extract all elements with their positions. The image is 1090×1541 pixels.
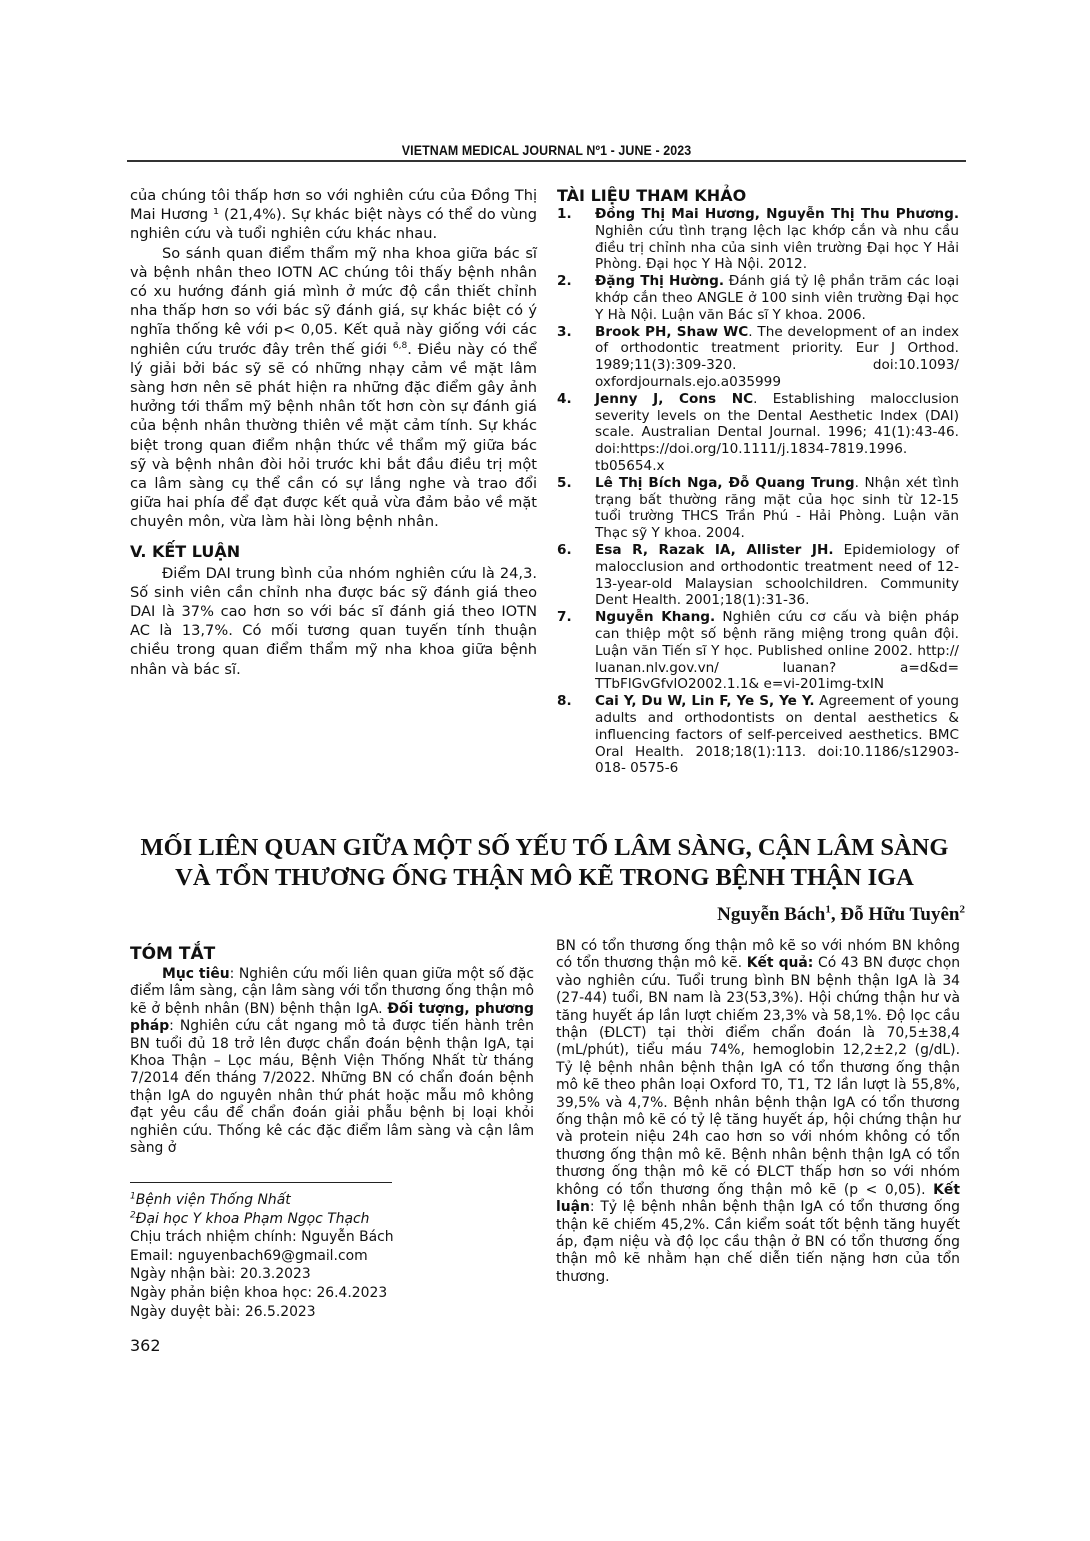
conclusion-paragraph: Điểm DAI trung bình của nhóm nghiên cứu …: [130, 564, 537, 679]
reference-item: 4.Jenny J, Cons NC. Establishing maloccl…: [557, 391, 959, 475]
reference-item: 2.Đặng Thị Hường. Đánh giá tỷ lệ phần tr…: [557, 273, 959, 323]
affiliation-2: 2Đại học Y khoa Phạm Ngọc Thạch: [130, 1210, 394, 1229]
abstract-heading: TÓM TẮT: [130, 943, 534, 965]
conclusion-heading: V. KẾT LUẬN: [130, 542, 537, 562]
discussion-paragraph-2: So sánh quan điểm thẩm mỹ nha khoa giữa …: [130, 244, 537, 532]
page-number: 362: [130, 1336, 161, 1355]
article-authors: Nguyễn Bách1, Đỗ Hữu Tuyên2: [717, 904, 965, 926]
citation-superscript: 6,8: [393, 341, 407, 351]
references-section: TÀI LIỆU THAM KHẢO 1.Đồng Thị Mai Hương,…: [557, 186, 959, 777]
date-reviewed: Ngày phản biện khoa học: 26.4.2023: [130, 1284, 394, 1303]
responsible-author: Chịu trách nhiệm chính: Nguyễn Bách: [130, 1228, 394, 1247]
reference-item: 7.Nguyễn Khang. Nghiên cứu cơ cấu và biệ…: [557, 609, 959, 693]
references-heading: TÀI LIỆU THAM KHẢO: [557, 186, 959, 206]
abstract-paragraph: Mục tiêu: Nghiên cứu mối liên quan giữa …: [130, 966, 534, 1157]
journal-header: VIETNAM MEDICAL JOURNAL Nº1 - JUNE - 202…: [161, 143, 933, 158]
reference-item: 6.Esa R, Razak IA, Allister JH. Epidemio…: [557, 542, 959, 609]
reference-item: 3.Brook PH, Shaw WC. The development of …: [557, 324, 959, 391]
email: Email: nguyenbach69@gmail.com: [130, 1247, 394, 1266]
date-received: Ngày nhận bài: 20.3.2023: [130, 1265, 394, 1284]
reference-item: 5.Lê Thị Bích Nga, Đỗ Quang Trung. Nhận …: [557, 475, 959, 542]
footnotes: 1Bệnh viện Thống Nhất 2Đại học Y khoa Ph…: [130, 1191, 394, 1321]
date-accepted: Ngày duyệt bài: 26.5.2023: [130, 1303, 394, 1322]
footnote-divider: [130, 1182, 392, 1183]
reference-item: 1.Đồng Thị Mai Hương, Nguyễn Thị Thu Phư…: [557, 206, 959, 273]
prev-article-left-column: của chúng tôi thấp hơn so với nghiên cứu…: [130, 186, 537, 679]
reference-item: 8.Cai Y, Du W, Lin F, Ye S, Ye Y. Agreem…: [557, 693, 959, 777]
header-divider: [127, 160, 966, 162]
abstract-right-column: BN có tổn thương ống thận mô kẽ so với n…: [556, 938, 960, 1286]
abstract-left-column: TÓM TẮT Mục tiêu: Nghiên cứu mối liên qu…: [130, 943, 534, 1157]
affiliation-1: 1Bệnh viện Thống Nhất: [130, 1191, 394, 1210]
abstract-paragraph-cont: BN có tổn thương ống thận mô kẽ so với n…: [556, 938, 960, 1286]
discussion-paragraph-1: của chúng tôi thấp hơn so với nghiên cứu…: [130, 186, 537, 244]
article-title: MỐI LIÊN QUAN GIỮA MỘT SỐ YẾU TỐ LÂM SÀN…: [130, 833, 959, 893]
